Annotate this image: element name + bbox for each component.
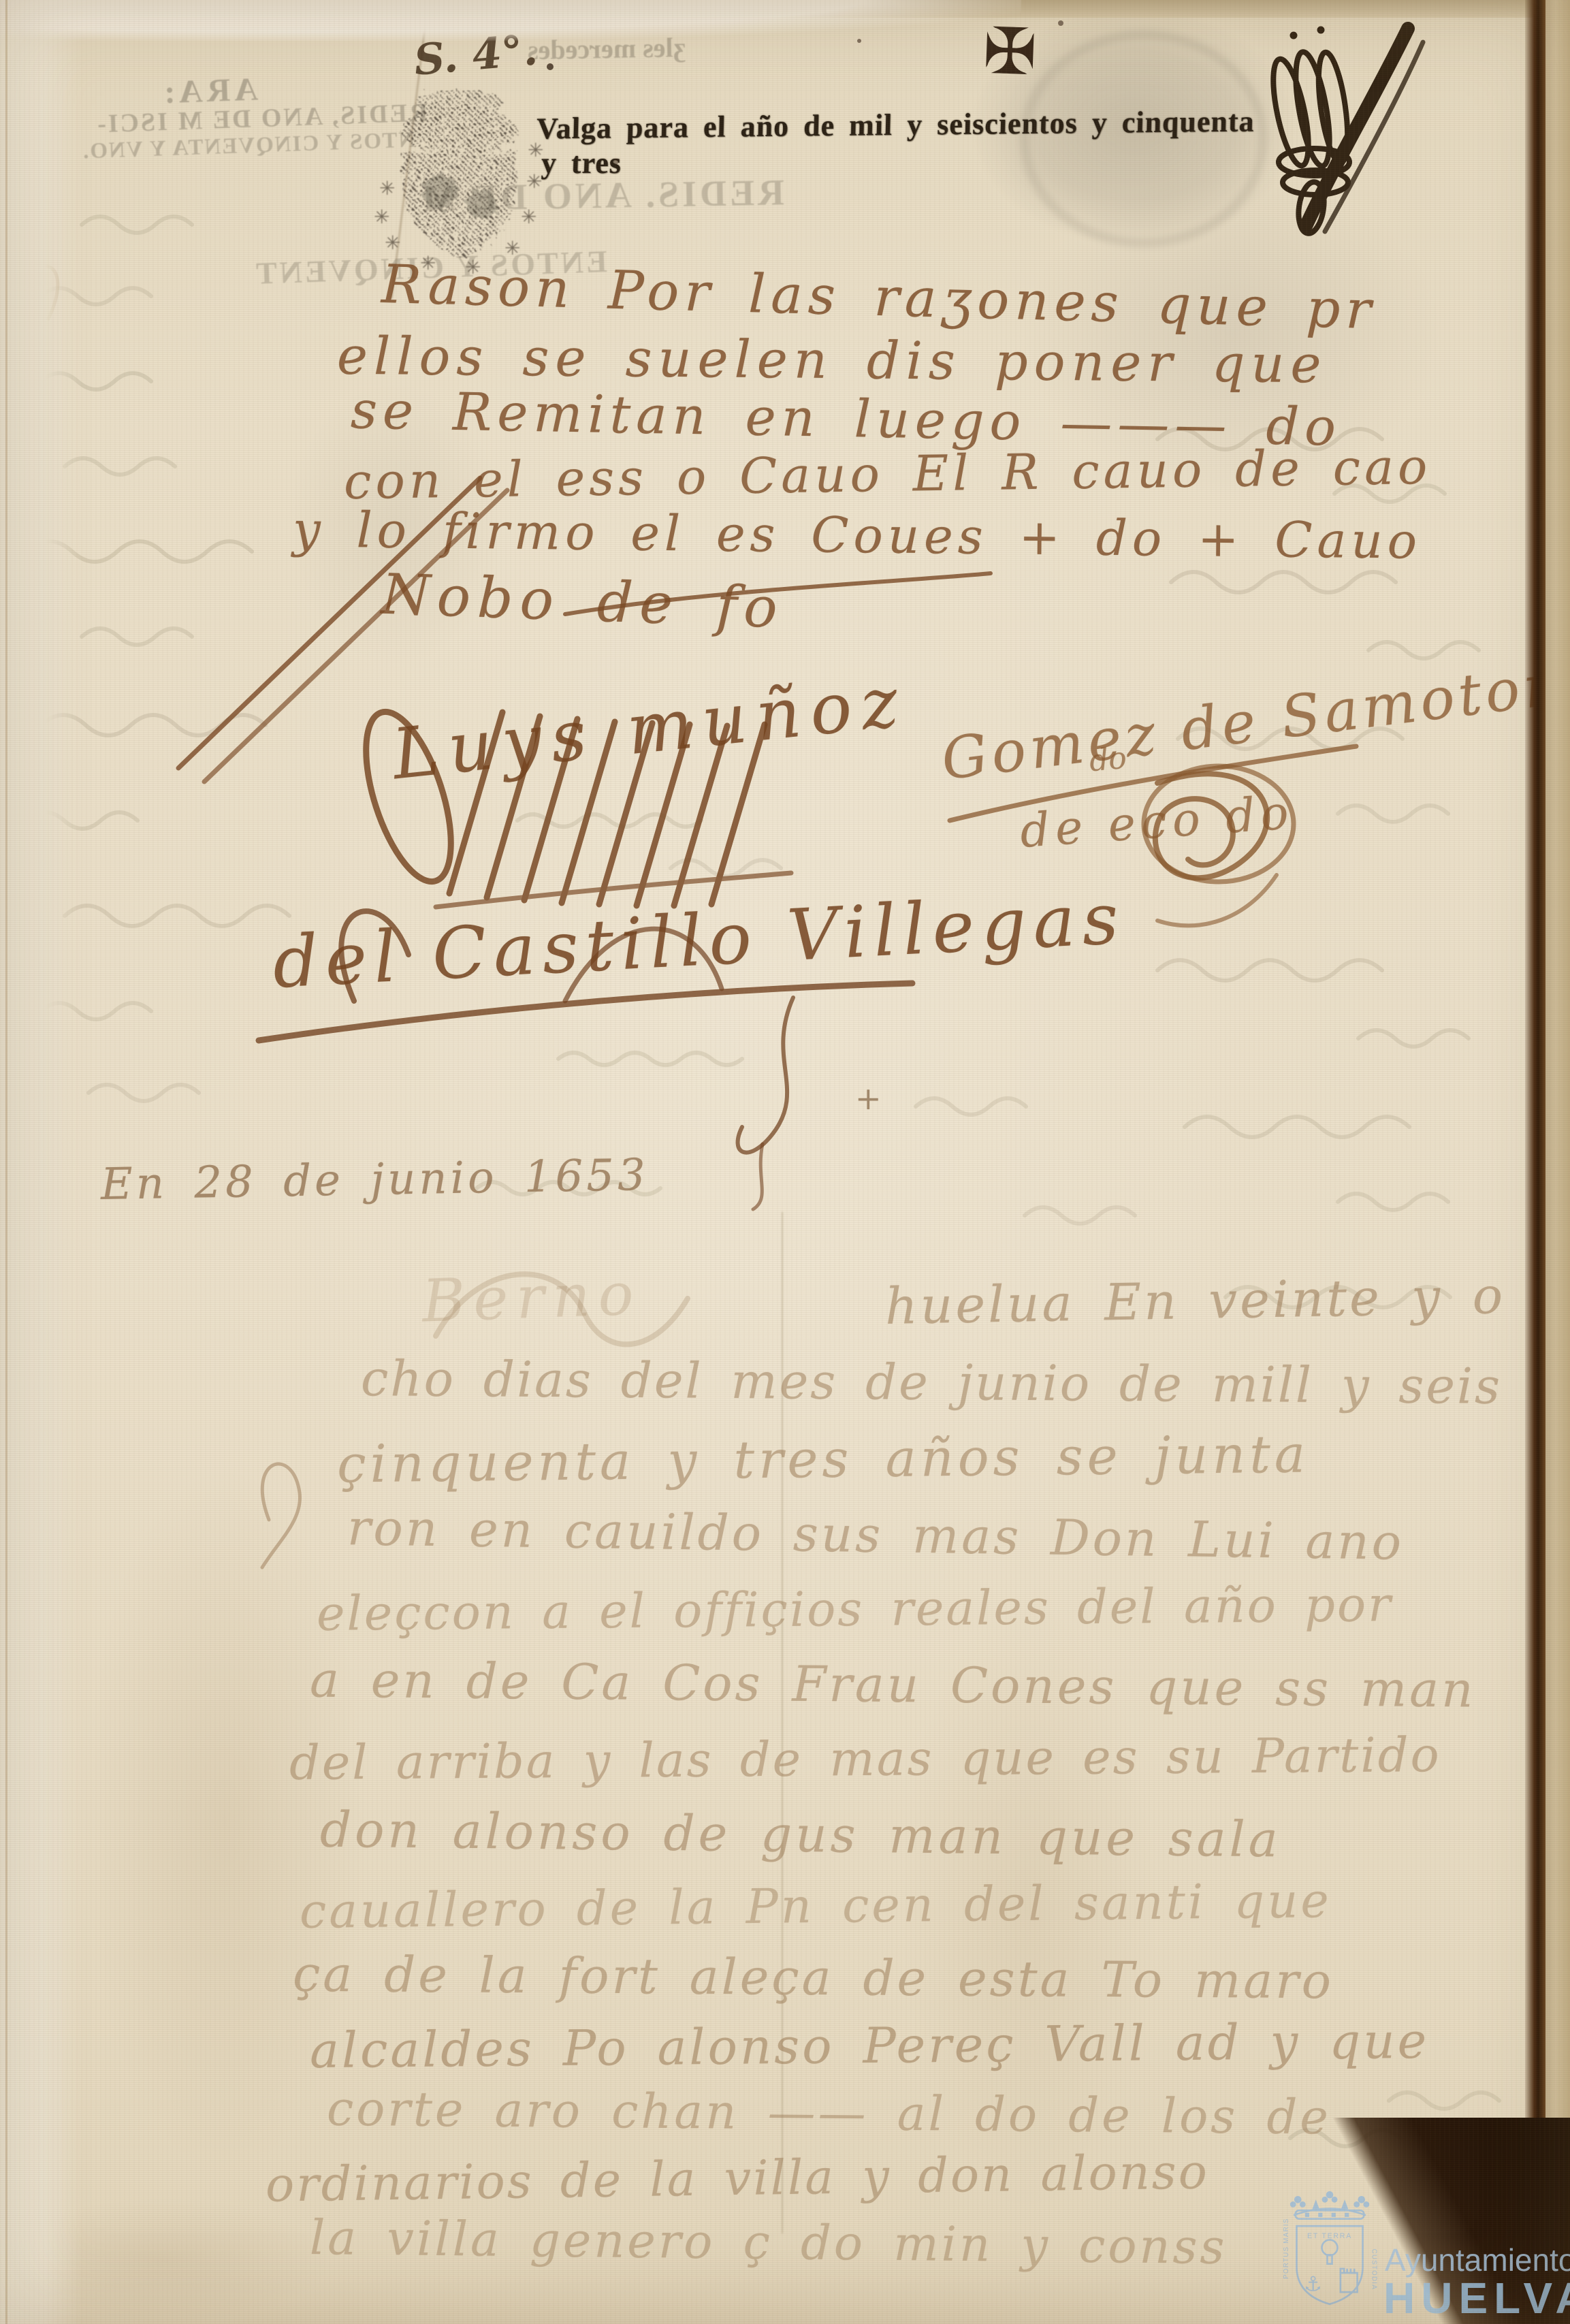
rubric-plus-mark: + [855,1080,882,1117]
body2-line: alcaldes Po alonso Pereç Vall ad y que [310,2012,1430,2079]
watermark-city-line: HUELVA [1383,2273,1570,2323]
body2-line: cho dias del mes de junio de mill y seis [361,1350,1503,1415]
huelva-crest-icon: ET TERRA ⚓ PORTUS MARIS CUSTODIA [1279,2179,1381,2315]
top-torn-light-band [0,0,1021,41]
crest-motto-left: PORTUS MARIS [1283,2218,1290,2278]
body2-line: cauallero de la Pn cen del santi que [300,1873,1332,1939]
body2-margin-flourish [262,1464,300,1567]
signature-gomez-do: do [1088,741,1128,779]
right-page-edge [1525,0,1545,2324]
body2-line: a en de Ca Cos Frau Cones que ss man [310,1651,1476,1719]
ink-specks [547,20,1063,164]
body2-line: del arriba y las de mas que es su Partid… [289,1727,1441,1791]
crest-anchor-icon: ⚓ [1304,2272,1322,2296]
date-line: En 28 de junio 1653 [100,1150,649,1210]
notary-knot-rubric [1266,27,1423,235]
body2-line: çinquenta y tres años se junta [337,1424,1310,1495]
archive-watermark: ET TERRA ⚓ PORTUS MARIS CUSTODIA Ayuntam… [1279,2179,1565,2322]
body2-line: corte aro chan —— al do de los de [327,2081,1331,2146]
body1-line: y lo firmo el es Coues + do + Cauo [293,500,1422,569]
body2-line: huelua En veinte y o [884,1267,1506,1336]
next-page-strip [1545,0,1570,2324]
left-gutter-seam [5,0,7,2324]
manuscript-scan-page: ʒles mercedes ARA: REDIS, ANO DE M ISCI-… [0,0,1570,2324]
body2-line: eleçcon a el offiçios reales del año por [317,1576,1393,1642]
body2-line: la villa genero ç do min y conss [310,2210,1228,2275]
body2-line: don alonso de gus man que sala [320,1801,1281,1868]
crest-motto-top: ET TERRA [1307,2232,1352,2240]
body2-line: ça de la fort aleça de esta To maro [293,1945,1334,2010]
crest-motto-right: CUSTODIA [1371,2249,1378,2290]
body2-lead: Berno [421,1260,643,1335]
left-gutter-strip [0,0,82,2324]
